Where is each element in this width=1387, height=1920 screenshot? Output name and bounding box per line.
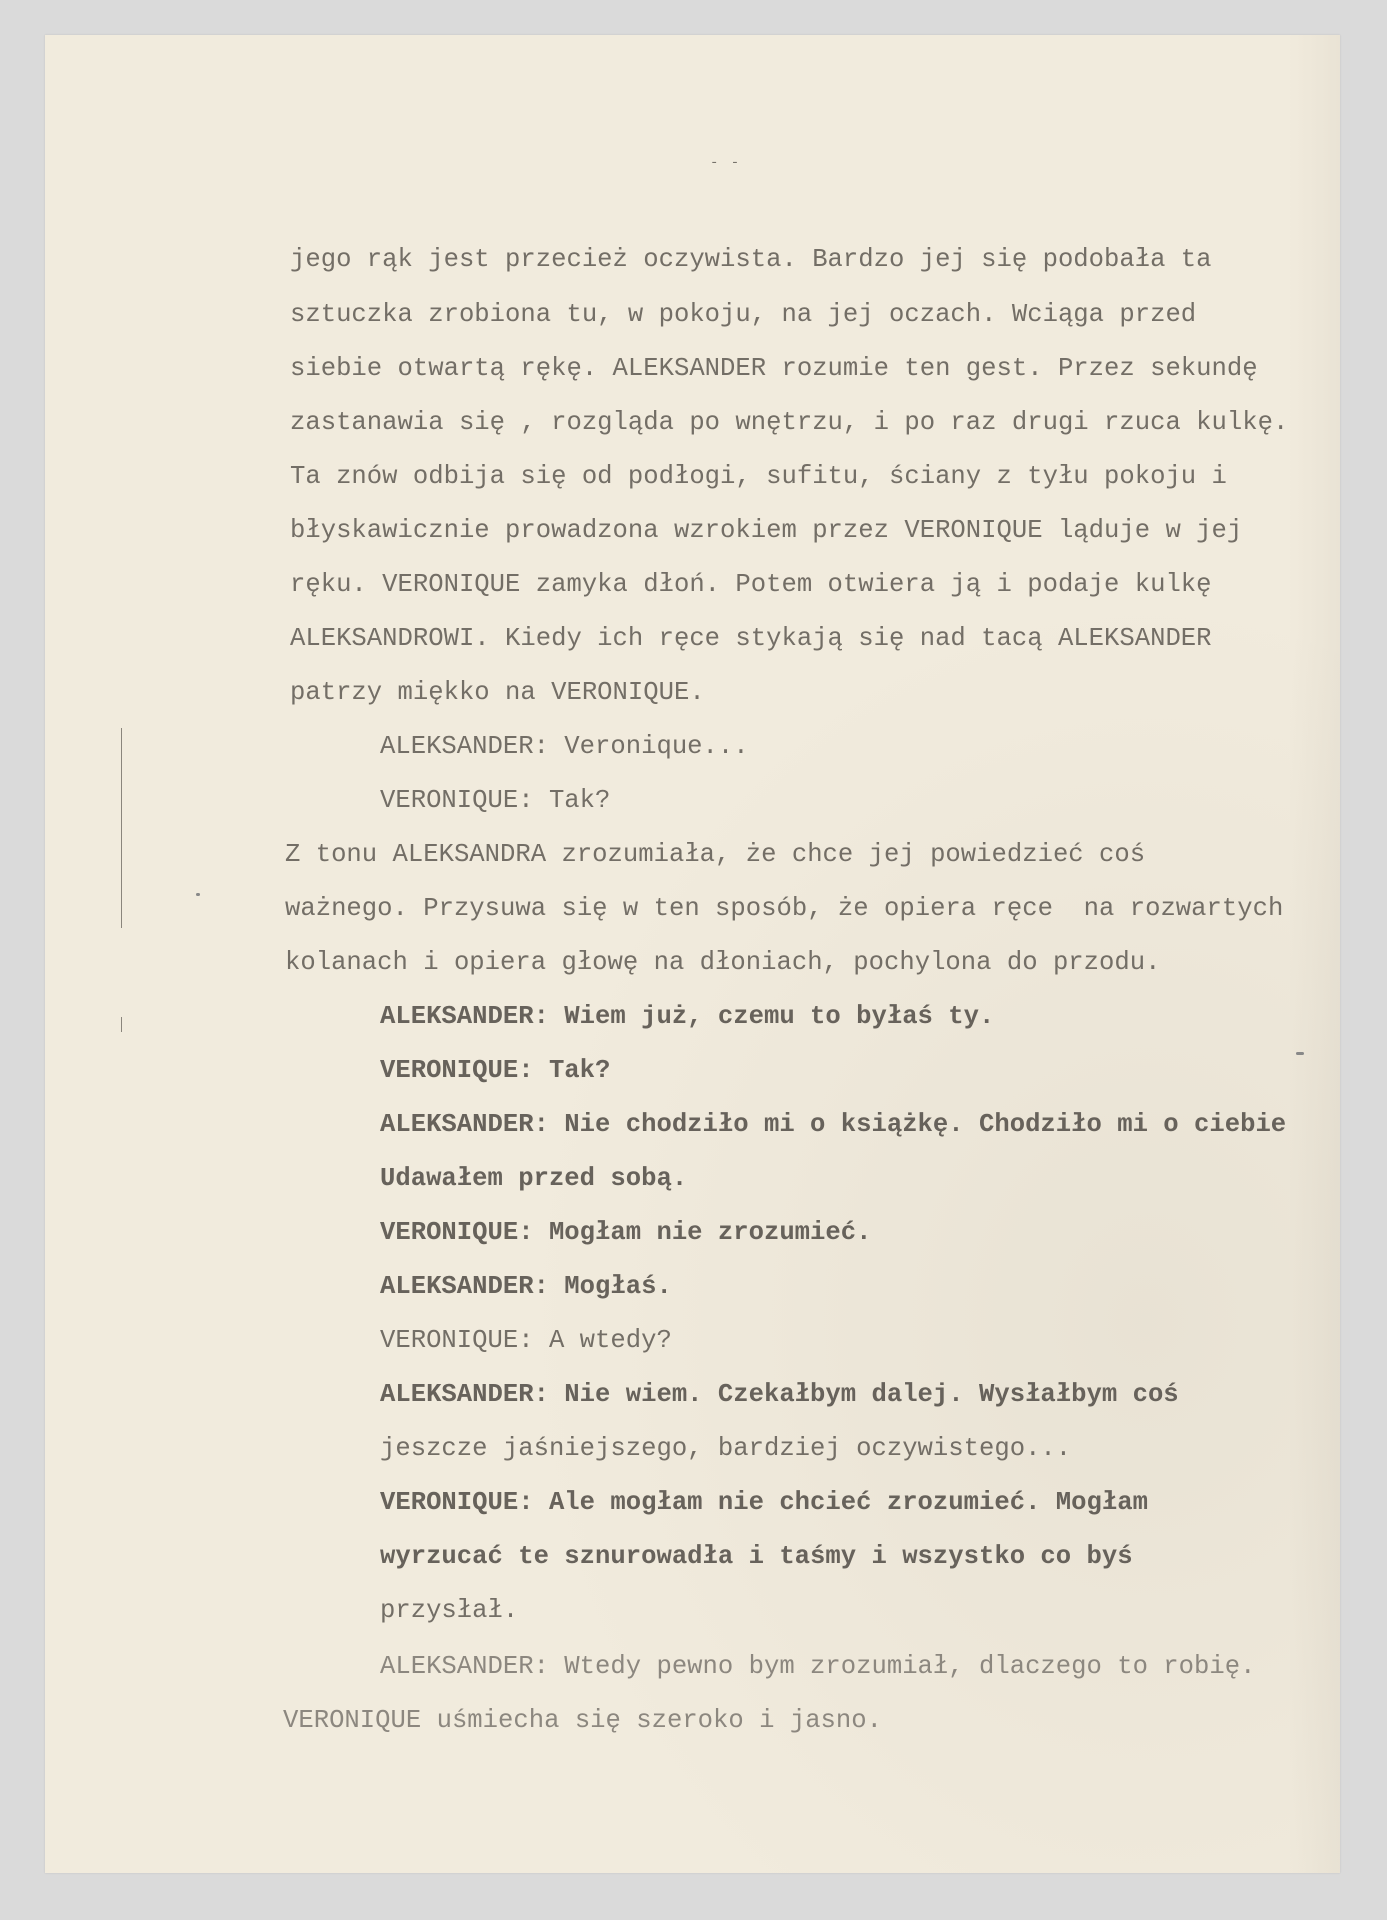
text-line: VERONIQUE: A wtedy? bbox=[380, 1328, 672, 1354]
text-line: Udawałem przed sobą. bbox=[380, 1166, 687, 1192]
text-line: ALEKSANDER: Nie wiem. Czekałbym dalej. W… bbox=[380, 1382, 1179, 1408]
text-line: VERONIQUE: Ale mogłam nie chcieć zrozumi… bbox=[380, 1490, 1148, 1516]
text-line: VERONIQUE: Tak? bbox=[380, 788, 610, 814]
text-line: siebie otwartą rękę. ALEKSANDER rozumie … bbox=[290, 356, 1258, 382]
text-line: ALEKSANDROWI. Kiedy ich ręce stykają się… bbox=[290, 626, 1212, 652]
text-line: jeszcze jaśniejszego, bardziej oczywiste… bbox=[380, 1436, 1071, 1462]
margin-mark bbox=[121, 728, 122, 928]
text-line: błyskawicznie prowadzona wzrokiem przez … bbox=[290, 518, 1242, 544]
margin-mark bbox=[121, 1017, 122, 1032]
text-line: VERONIQUE: Tak? bbox=[380, 1058, 610, 1084]
text-line: Z tonu ALEKSANDRA zrozumiała, że chce je… bbox=[285, 842, 1145, 868]
text-line: ALEKSANDER: Nie chodziło mi o książkę. C… bbox=[380, 1112, 1286, 1138]
text-line: kolanach i opiera głowę na dłoniach, poc… bbox=[285, 950, 1160, 976]
text-line: VERONIQUE uśmiecha się szeroko i jasno. bbox=[283, 1708, 882, 1734]
text-line: wyrzucać te sznurowadła i taśmy i wszyst… bbox=[380, 1544, 1133, 1570]
text-line: Ta znów odbija się od podłogi, sufitu, ś… bbox=[290, 464, 1227, 490]
text-line: ALEKSANDER: Wtedy pewno bym zrozumiał, d… bbox=[380, 1654, 1255, 1680]
text-line: ręku. VERONIQUE zamyka dłoń. Potem otwie… bbox=[290, 572, 1212, 598]
text-line: patrzy miękko na VERONIQUE. bbox=[290, 680, 705, 706]
ink-speck bbox=[1296, 1052, 1304, 1055]
text-line: przysłał. bbox=[380, 1598, 518, 1624]
text-line: zastanawia się , rozgląda po wnętrzu, i … bbox=[290, 410, 1288, 436]
text-line: jego rąk jest przecież oczywista. Bardzo… bbox=[290, 247, 1212, 273]
page-number-mark: - - bbox=[710, 155, 741, 171]
text-line: sztuczka zrobiona tu, w pokoju, na jej o… bbox=[290, 302, 1196, 328]
text-line: ALEKSANDER: Wiem już, czemu to byłaś ty. bbox=[380, 1004, 994, 1030]
text-line: ALEKSANDER: Mogłaś. bbox=[380, 1274, 672, 1300]
ink-speck bbox=[196, 893, 200, 896]
text-line: VERONIQUE: Mogłam nie zrozumieć. bbox=[380, 1220, 871, 1246]
text-line: ALEKSANDER: Veronique... bbox=[380, 734, 749, 760]
text-line: ważnego. Przysuwa się w ten sposób, że o… bbox=[285, 896, 1283, 922]
